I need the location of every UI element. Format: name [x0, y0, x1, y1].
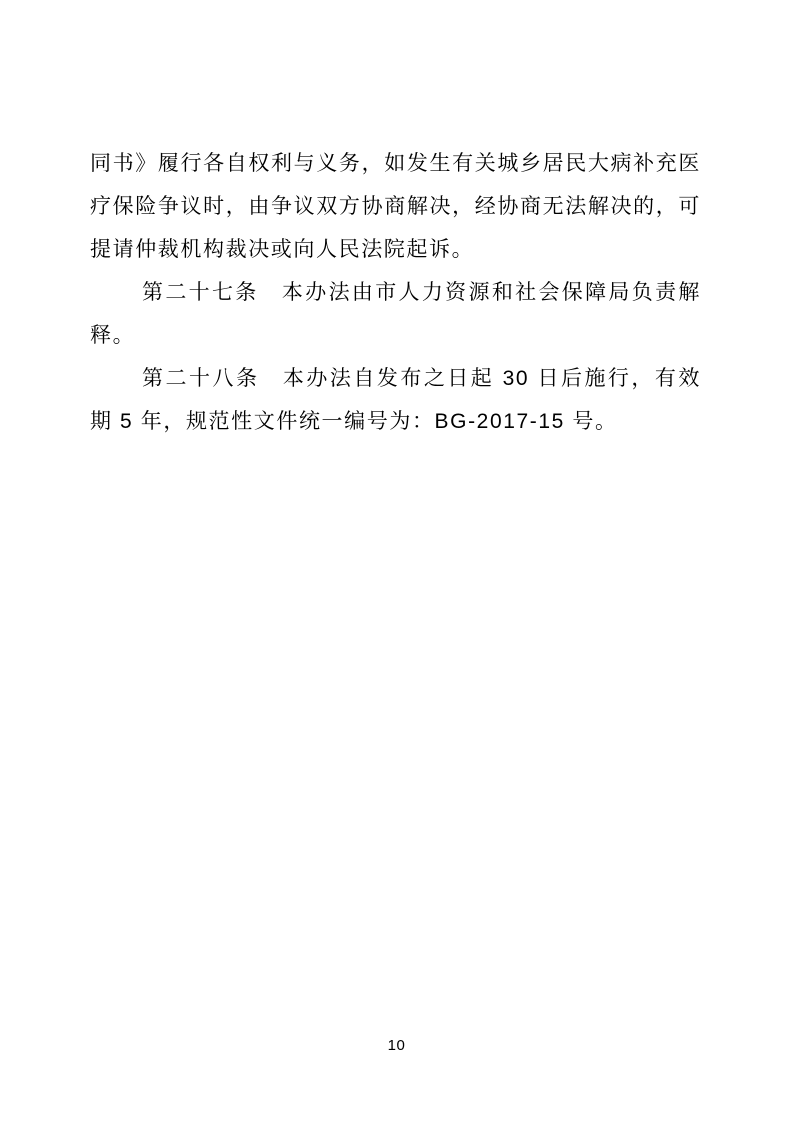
- paragraph-article-28: 第二十八条 本办法自发布之日起 30 日后施行，有效期 5 年，规范性文件统一编…: [90, 357, 701, 443]
- page-number: 10: [0, 1036, 793, 1056]
- paragraph-article-27: 第二十七条 本办法由市人力资源和社会保障局负责解释。: [90, 271, 701, 357]
- paragraph-arbitration-clause: 同书》履行各自权利与义务，如发生有关城乡居民大病补充医疗保险争议时，由争议双方协…: [90, 142, 701, 271]
- document-page: 同书》履行各自权利与义务，如发生有关城乡居民大病补充医疗保险争议时，由争议双方协…: [0, 0, 793, 1122]
- document-body: 同书》履行各自权利与义务，如发生有关城乡居民大病补充医疗保险争议时，由争议双方协…: [90, 142, 701, 443]
